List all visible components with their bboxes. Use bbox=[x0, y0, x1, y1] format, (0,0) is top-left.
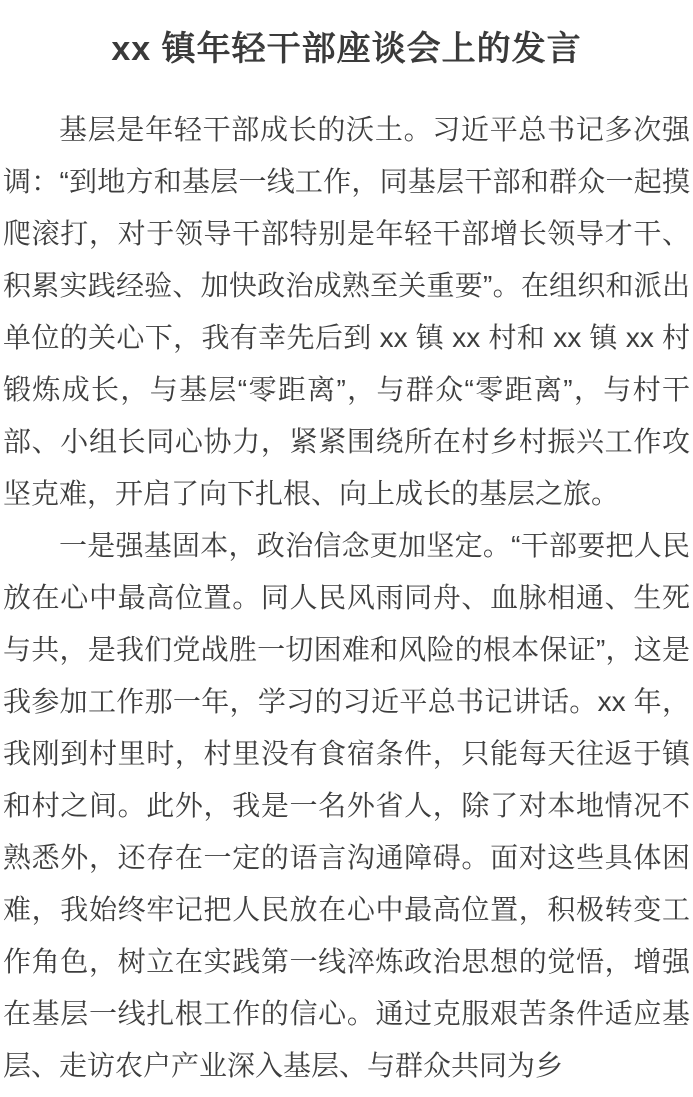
document-title: xx 镇年轻干部座谈会上的发言 bbox=[3, 26, 690, 72]
document-page: xx 镇年轻干部座谈会上的发言 基层是年轻干部成长的沃土。习近平总书记多次强调：… bbox=[0, 0, 693, 1097]
paragraph-point-one: 一是强基固本，政治信念更加坚定。“干部要把人民放在心中最高位置。同人民风雨同舟、… bbox=[3, 520, 690, 1092]
paragraph-intro: 基层是年轻干部成长的沃土。习近平总书记多次强调：“到地方和基层一线工作，同基层干… bbox=[3, 104, 690, 520]
